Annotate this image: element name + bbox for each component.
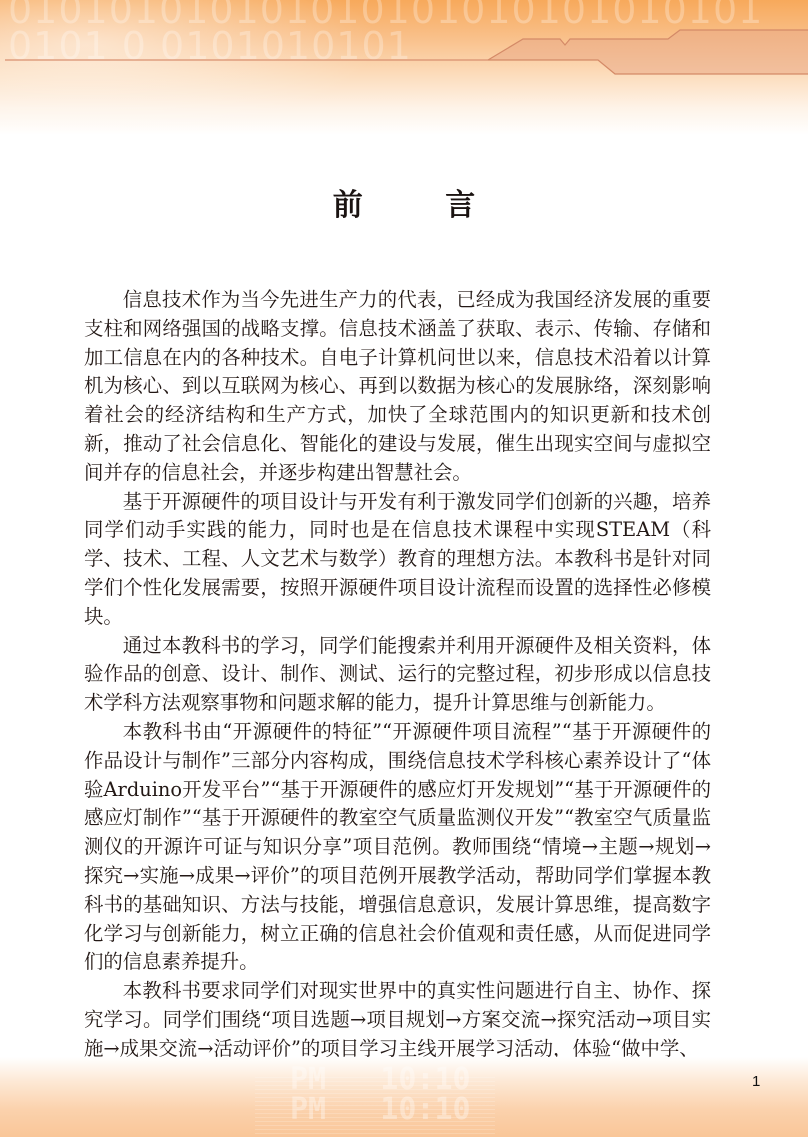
page-number: 1 (752, 1073, 760, 1090)
paragraph-4: 本教科书由“开源硬件的特征”“开源硬件项目流程”“基于开源硬件的作品设计与制作”… (84, 718, 711, 977)
page-title: 前 言 (0, 186, 808, 226)
header-circuit-shape (0, 0, 808, 135)
paragraph-5: 本教科书要求同学们对现实世界中的真实性问题进行自主、协作、探究学习。同学们围绕“… (84, 977, 711, 1063)
footer-clock-pattern: PM 10:10 PM 10:10 (290, 1065, 471, 1125)
preface-body: 信息技术作为当今先进生产力的代表，已经成为我国经济发展的重要支柱和网络强国的战略… (84, 286, 711, 1064)
paragraph-2: 基于开源硬件的项目设计与开发有利于激发同学们创新的兴趣，培养同学们动手实践的能力… (84, 488, 711, 632)
footer-decoration: PM 10:10 PM 10:10 (0, 1057, 808, 1137)
paragraph-3: 通过本教科书的学习，同学们能搜索并利用开源硬件及相关资料，体验作品的创意、设计、… (84, 632, 711, 718)
header-decoration: 010101010101010101010101010101 0101 0 01… (0, 0, 808, 135)
paragraph-1: 信息技术作为当今先进生产力的代表，已经成为我国经济发展的重要支柱和网络强国的战略… (84, 286, 711, 488)
